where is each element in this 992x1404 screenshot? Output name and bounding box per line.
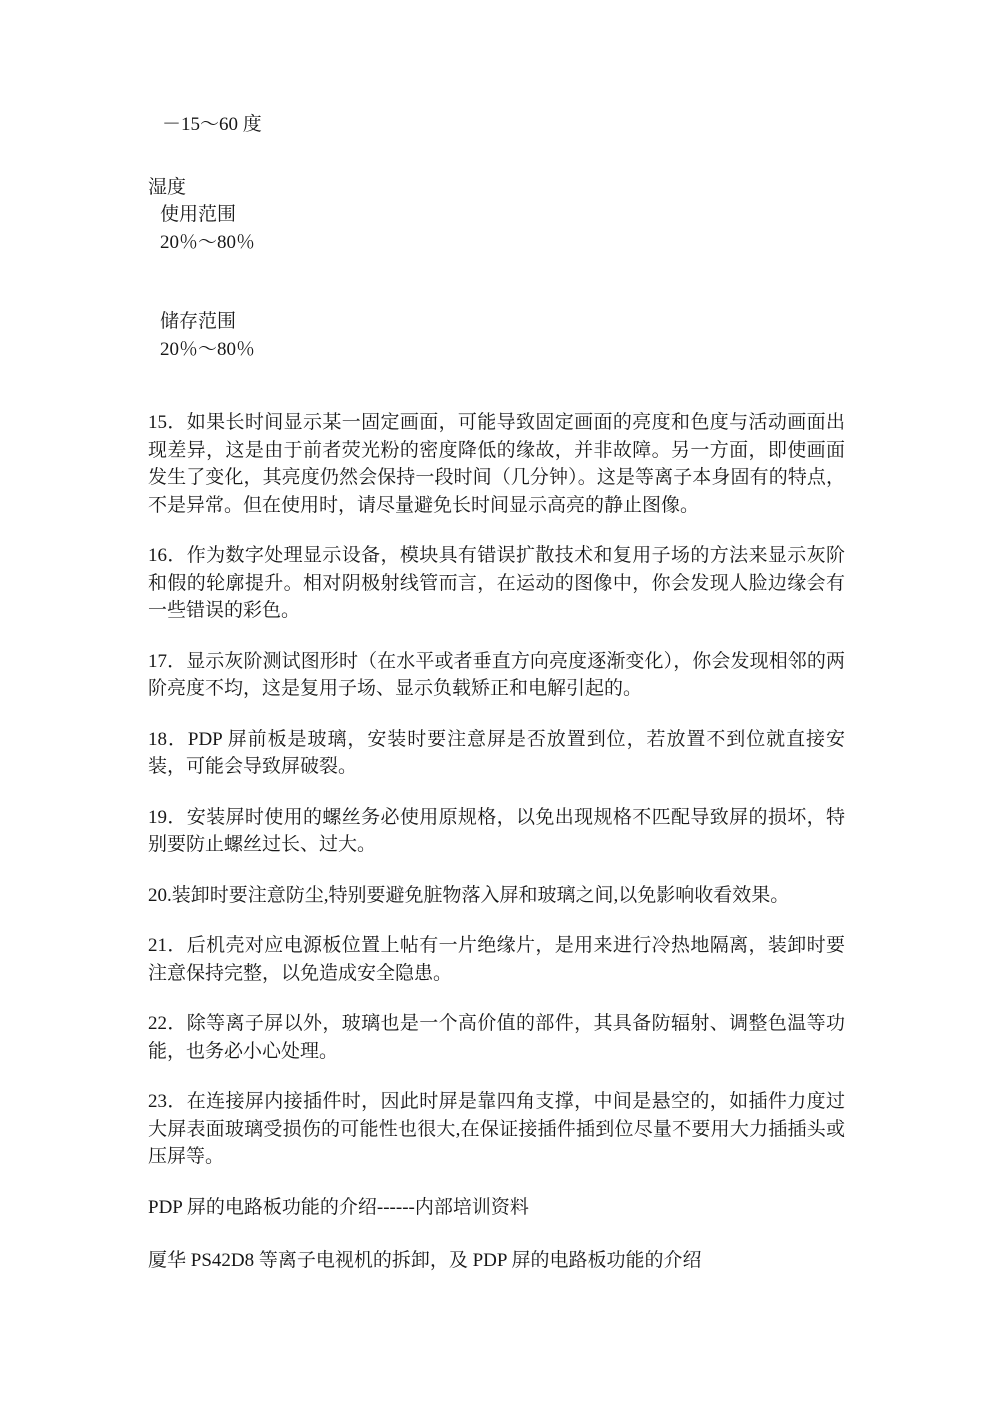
paragraph-21: 21．后机壳对应电源板位置上帖有一片绝缘片，是用来进行冷热地隔离，装卸时要注意保… [148, 932, 845, 987]
paragraph-16: 16．作为数字处理显示设备，模块具有错误扩散技术和复用子场的方法来显示灰阶和假的… [148, 542, 845, 625]
usage-range-value: 20％～80％ [148, 229, 845, 257]
storage-range-label: 储存范围 [148, 308, 845, 336]
footer-subtitle-line: 厦华 PS42D8 等离子电视机的拆卸，及 PDP 屏的电路板功能的介绍 [148, 1247, 845, 1275]
paragraph-15: 15．如果长时间显示某一固定画面，可能导致固定画面的亮度和色度与活动画面出现差异… [148, 409, 845, 519]
paragraph-17: 17．显示灰阶测试图形时（在水平或者垂直方向亮度逐渐变化），你会发现相邻的两阶亮… [148, 648, 845, 703]
paragraph-18: 18．PDP 屏前板是玻璃，安装时要注意屏是否放置到位，若放置不到位就直接安装，… [148, 726, 845, 781]
paragraph-20: 20.装卸时要注意防尘,特别要避免脏物落入屏和玻璃之间,以免影响收看效果。 [148, 882, 845, 910]
storage-range-value: 20％～80％ [148, 336, 845, 364]
paragraph-22: 22．除等离子屏以外，玻璃也是一个高价值的部件，其具备防辐射、调整色温等功能，也… [148, 1010, 845, 1065]
paragraph-19: 19．安装屏时使用的螺丝务必使用原规格，以免出现规格不匹配导致屏的损坏，特别要防… [148, 804, 845, 859]
temperature-range-line: －15～60 度 [148, 111, 845, 139]
document-content: －15～60 度 湿度 使用范围 20％～80％ 储存范围 20％～80％ 15… [0, 0, 992, 1275]
document-page: －15～60 度 湿度 使用范围 20％～80％ 储存范围 20％～80％ 15… [0, 0, 992, 1404]
paragraph-23: 23．在连接屏内接插件时，因此时屏是靠四角支撑，中间是悬空的，如插件力度过大屏表… [148, 1088, 845, 1171]
humidity-label: 湿度 [148, 174, 845, 202]
usage-range-label: 使用范围 [148, 201, 845, 229]
footer-title-line: PDP 屏的电路板功能的介绍------内部培训资料 [148, 1194, 845, 1222]
